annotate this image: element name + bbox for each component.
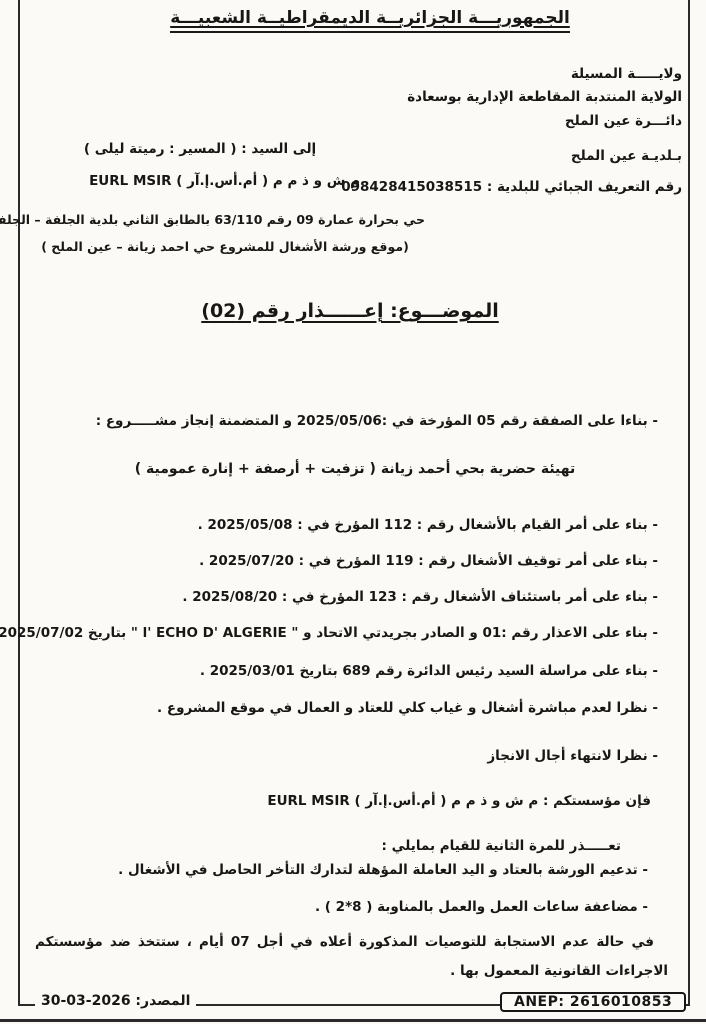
project-title: تهيئة حضرية بحي أحمد زيانة ( تزفيت + أرص… — [130, 461, 580, 477]
sender-daira: دائـــرة عين الملح — [565, 113, 682, 129]
observation-deadline-expired: - نظرا لانتهاء أجال الانجاز — [487, 748, 658, 764]
consideration-resume-order: - بناء على أمر باستئناف الأشغال رقم : 12… — [182, 589, 658, 605]
recipient-address-line1: حي بحرارة عمارة 09 رقم 63/110 بالطابق ال… — [25, 212, 425, 227]
final-warning-paragraph: في حالة عدم الاستجابة للتوصيات المذكورة … — [35, 928, 668, 986]
directive-reinforce-site: - تدعيم الورشة بالعتاد و اليد العاملة ال… — [118, 862, 648, 878]
recipient-address-line2: (موقع ورشة الأشغال للمشروع حي احمد زيانة… — [25, 239, 425, 254]
consideration-contract: - بناءا على الصفقة رقم 05 المؤرخة في :20… — [96, 413, 658, 429]
anep-number-badge: ANEP: 2616010853 — [500, 992, 686, 1012]
footer-source-date: المصدر: 2026-03-30 — [35, 993, 196, 1009]
bottom-edge-rule — [0, 1019, 706, 1022]
consideration-stop-order: - بناء على أمر توقيف الأشغال رقم : 119 ا… — [199, 553, 658, 569]
company-restate-line: فإن مؤسستكم : م ش و ذ م م ( أم.أس.إ.آر )… — [267, 793, 651, 809]
consideration-daira-letter: - بناء على مراسلة السيد رئيس الدائرة رقم… — [200, 663, 658, 679]
sender-commune: بـلديـة عين الملح — [571, 148, 682, 164]
republic-title: الجمهوريـــة الجزائريــة الديمقراطيــة ا… — [170, 8, 570, 33]
observation-no-works: - نظرا لعدم مباشرة أشغال و غياب كلي للعت… — [157, 700, 658, 716]
second-notice-intro: تعـــــذر للمرة الثانية للقيام بمايلي : — [382, 838, 621, 854]
sender-delegated-wilaya: الولاية المنتدبة المقاطعة الإدارية بوسعا… — [407, 89, 682, 105]
consideration-first-notice: - بناء على الاعذار رقم :01 و الصادر بجري… — [0, 625, 658, 641]
recipient-to-line: إلى السيد : ( المسير : رميتة ليلى ) — [40, 141, 360, 157]
consideration-start-order: - بناء على أمر القيام بالأشغال رقم : 112… — [198, 517, 658, 533]
scanned-notice-document: الجمهوريـــة الجزائريــة الديمقراطيــة ا… — [0, 0, 706, 1024]
header: الجمهوريـــة الجزائريــة الديمقراطيــة ا… — [150, 8, 590, 28]
sender-wilaya: ولايـــــة المسيلة — [571, 66, 682, 82]
recipient-company-line: م ش و ذ م م ( أم.أس.إ.آر ) EURL MSIR — [95, 173, 360, 189]
page-border-left — [18, 0, 20, 1006]
directive-double-hours: - مضاعفة ساعات العمل والعمل بالمناوبة ( … — [315, 899, 648, 915]
sender-tax-id: رقم التعريف الجبائي للبلدية : 0984284150… — [341, 179, 682, 195]
subject-line: الموضـــوع: إعــــــذار رقم (02) — [201, 300, 498, 322]
page-border-right — [688, 0, 690, 1006]
subject-wrap: الموضـــوع: إعــــــذار رقم (02) — [150, 300, 550, 322]
